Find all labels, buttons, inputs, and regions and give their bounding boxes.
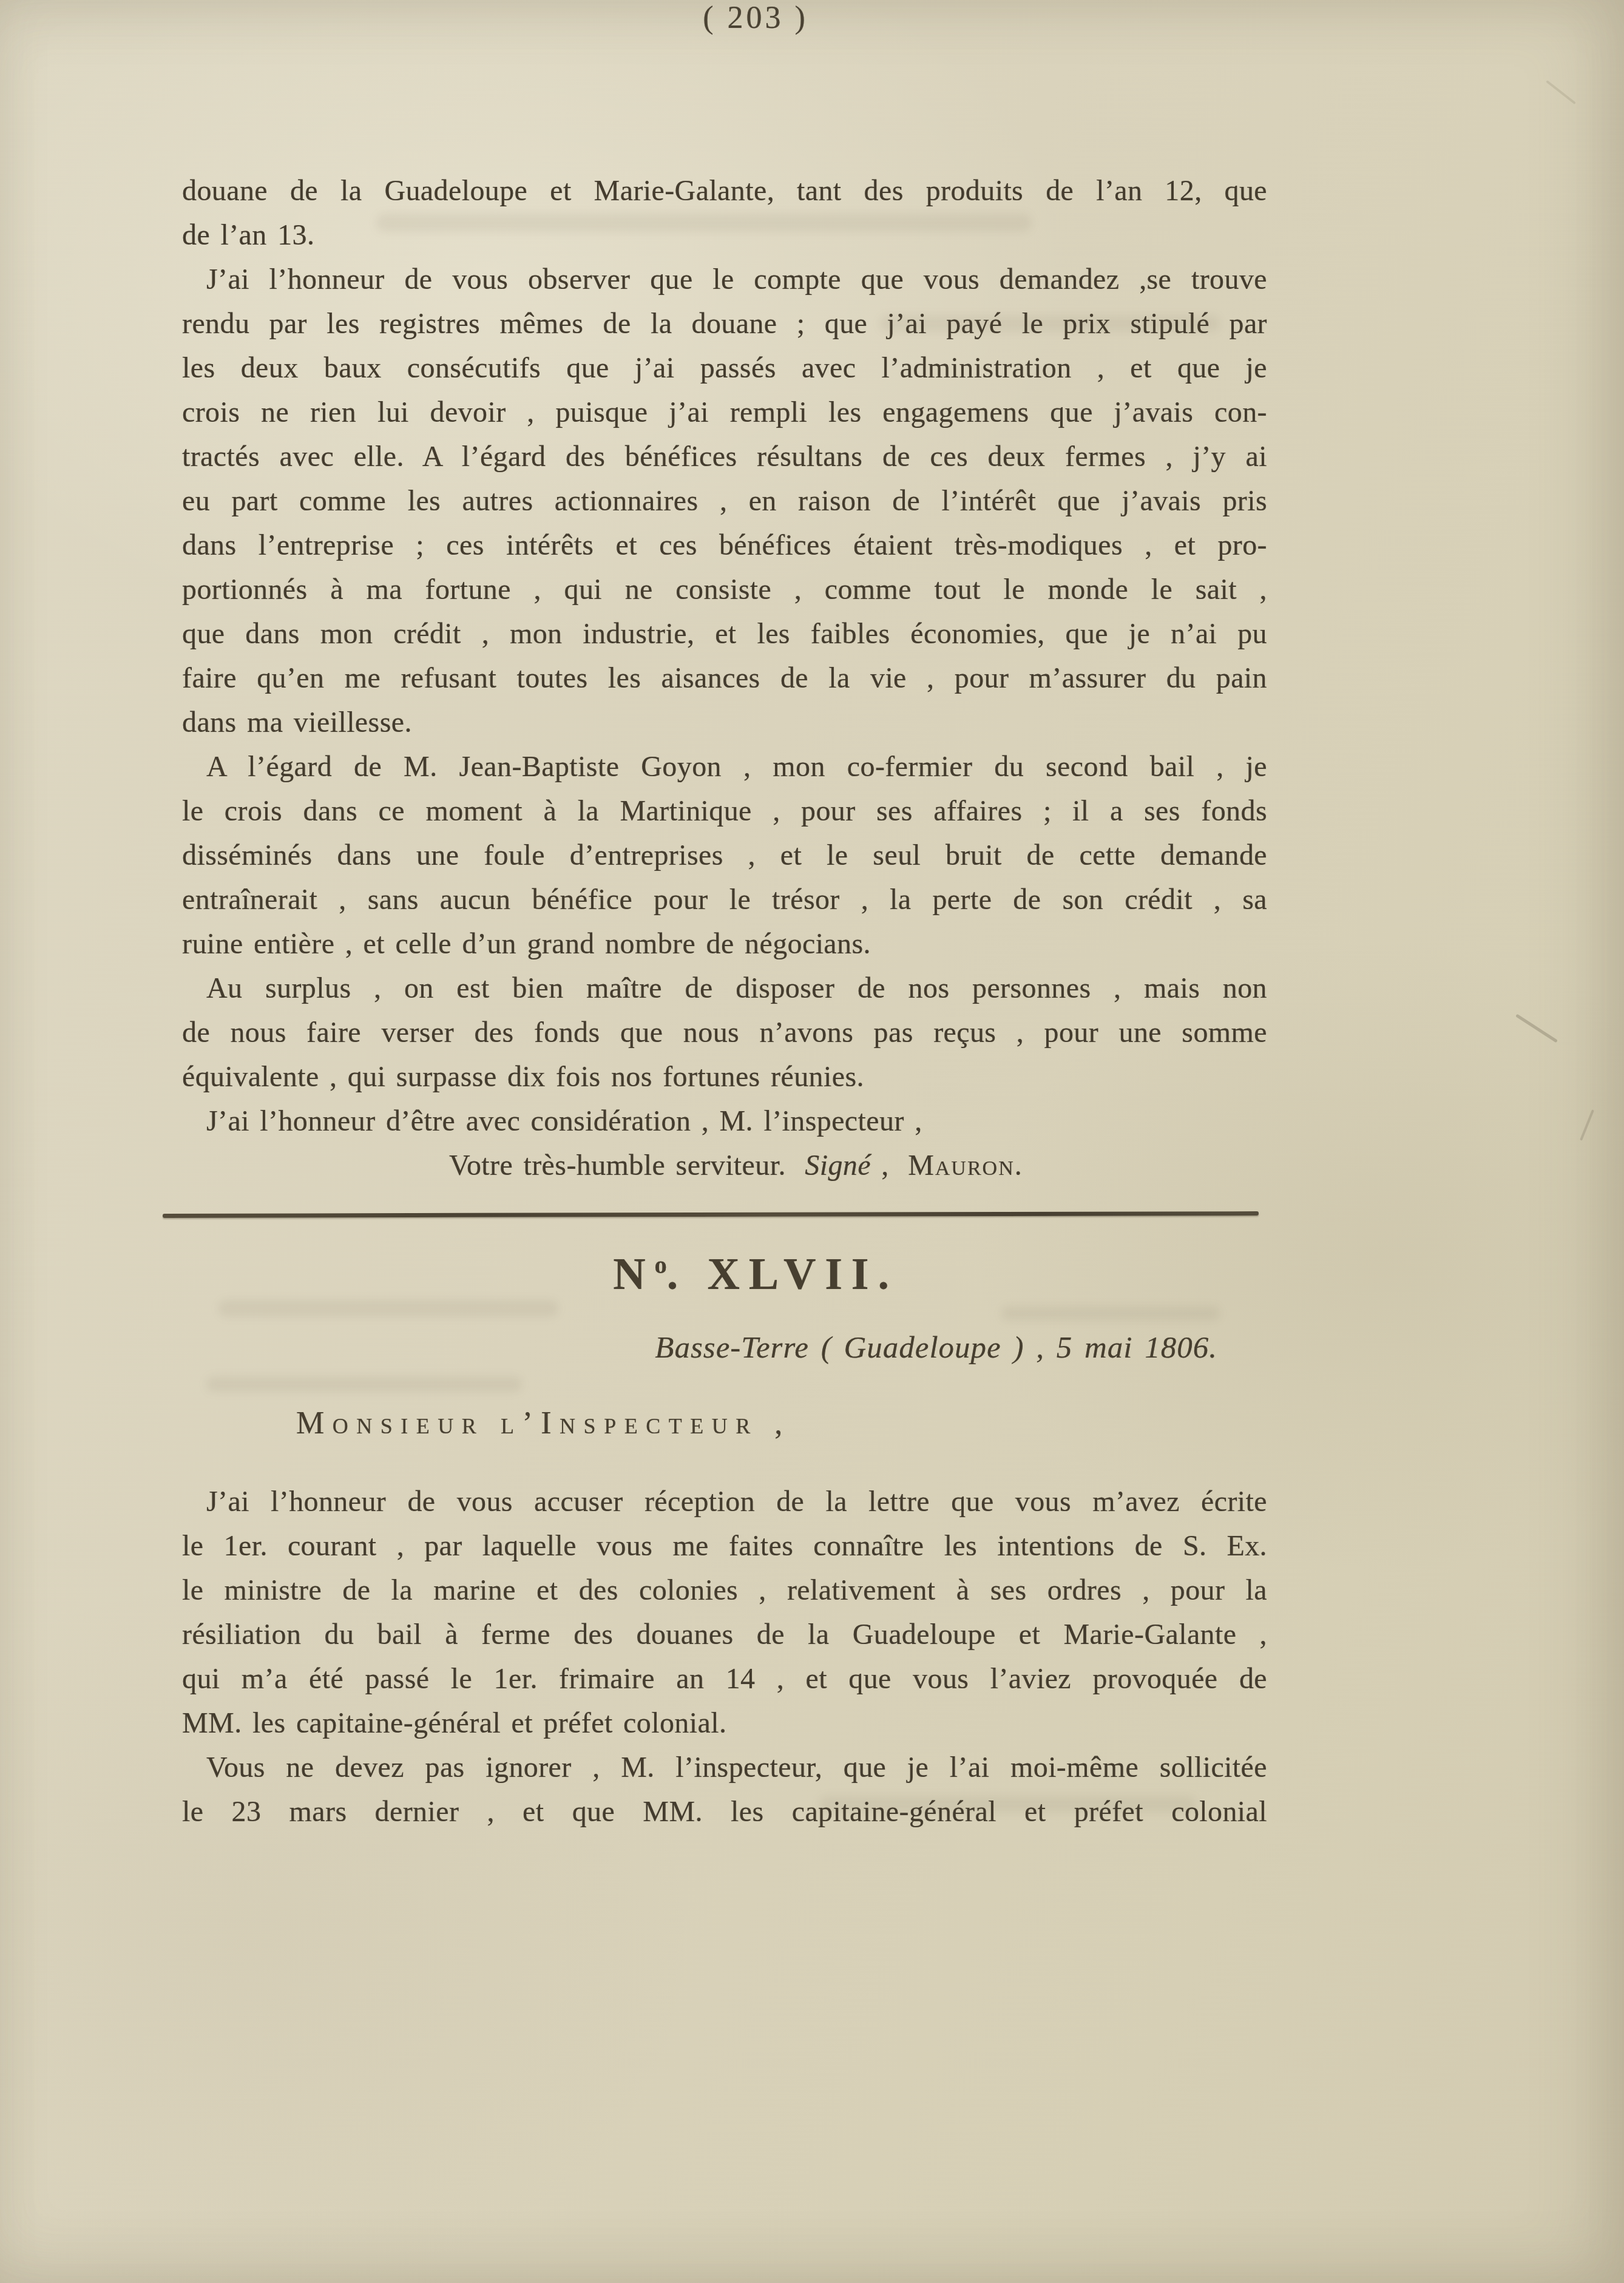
text-line: MM. les capitaine-général et préfet colo…	[182, 1701, 1267, 1745]
paragraph: A l’égard de M. Jean-Baptiste Goyon , mo…	[182, 745, 1267, 966]
scan-artifact-slash	[1580, 1109, 1594, 1141]
scan-artifact-backslash	[1515, 1014, 1558, 1043]
text-line: entraînerait , sans aucun bénéfice pour …	[182, 878, 1267, 922]
text-line: le crois dans ce moment à la Martinique …	[182, 789, 1267, 833]
show-through	[1001, 1306, 1220, 1321]
section-rest: . XLVII.	[667, 1250, 898, 1299]
text-line: eu part comme les autres actionnaires , …	[182, 479, 1267, 523]
text-line: portionnés à ma fortune , qui ne consist…	[182, 567, 1267, 612]
text-line: les deux baux consécutifs que j’ai passé…	[182, 346, 1267, 390]
paragraph: Vous ne devez pas ignorer , M. l’inspect…	[182, 1745, 1267, 1834]
text-line: J’ai l’honneur de vous observer que le c…	[182, 257, 1267, 302]
text-line: rendu par les registres mêmes de la doua…	[182, 302, 1267, 346]
text-line: douane de la Guadeloupe et Marie-Galante…	[182, 169, 1267, 213]
text-line: disséminés dans une foule d’entreprises …	[182, 833, 1267, 878]
paragraph: J’ai l’honneur d’être avec considération…	[182, 1099, 1267, 1143]
signe-label: Signé	[805, 1149, 871, 1182]
text-line: équivalente , qui surpasse dix fois nos …	[182, 1055, 1267, 1099]
text-line: faire qu’en me refusant toutes les aisan…	[182, 656, 1267, 700]
text-line: ruine entière , et celle d’un grand nomb…	[182, 922, 1267, 966]
text-line: Vous ne devez pas ignorer , M. l’inspect…	[182, 1745, 1267, 1790]
page-number: ( 203 )	[0, 0, 1511, 36]
text-line: dans ma vieillesse.	[182, 700, 1267, 745]
scanned-page: ( 203 ) douane de la Guadeloupe et Marie…	[0, 0, 1624, 2283]
text-line: dans l’entreprise ; ces intérêts et ces …	[182, 523, 1267, 567]
signature-name: Mauron.	[908, 1149, 1023, 1182]
text-line: le 23 mars dernier , et que MM. les capi…	[182, 1790, 1267, 1834]
text-line: résiliation du bail à ferme des douanes …	[182, 1612, 1267, 1657]
letter1-body: douane de la Guadeloupe et Marie-Galante…	[182, 169, 1267, 1188]
text-line: le ministre de la marine et des colonies…	[182, 1568, 1267, 1612]
paragraph: douane de la Guadeloupe et Marie-Galante…	[182, 169, 1267, 257]
paragraph: J’ai l’honneur de vous observer que le c…	[182, 257, 1267, 745]
closing-line: Votre très-humble serviteur. Signé , Mau…	[182, 1143, 1267, 1188]
text-line: que dans mon crédit , mon industrie, et …	[182, 612, 1267, 656]
text-line: tractés avec elle. A l’égard des bénéfic…	[182, 435, 1267, 479]
text-line: Au surplus , on est bien maître de dispo…	[182, 966, 1267, 1010]
section-prefix: N	[613, 1250, 654, 1299]
text-line: qui m’a été passé le 1er. frimaire an 14…	[182, 1657, 1267, 1701]
closing-text: Votre très-humble serviteur.	[449, 1149, 786, 1182]
text-line: A l’égard de M. Jean-Baptiste Goyon , mo…	[182, 745, 1267, 789]
section-number-heading: No. XLVII.	[0, 1249, 1511, 1300]
paragraph: Au surplus , on est bien maître de dispo…	[182, 966, 1267, 1099]
text-line: le 1er. courant , par laquelle vous me f…	[182, 1524, 1267, 1568]
section-divider-rule	[163, 1211, 1259, 1218]
dateline: Basse-Terre ( Guadeloupe ) , 5 mai 1806.	[182, 1330, 1217, 1365]
paragraph: J’ai l’honneur de vous accuser réception…	[182, 1480, 1267, 1745]
letter2-body: J’ai l’honneur de vous accuser réception…	[182, 1480, 1267, 1834]
text-line: crois ne rien lui devoir , puisque j’ai …	[182, 390, 1267, 435]
text-line: de nous faire verser des fonds que nous …	[182, 1010, 1267, 1055]
text-line: de l’an 13.	[182, 213, 1267, 257]
show-through	[218, 1300, 558, 1317]
scan-artifact-curve	[1546, 80, 1576, 104]
salutation: Monsieur l’Inspecteur ,	[296, 1405, 791, 1441]
show-through	[206, 1376, 522, 1392]
closing-comma: ,	[881, 1149, 888, 1182]
text-line: J’ai l’honneur d’être avec considération…	[182, 1099, 1267, 1143]
text-line: J’ai l’honneur de vous accuser réception…	[182, 1480, 1267, 1524]
section-ordinal-sup: o	[654, 1251, 666, 1279]
